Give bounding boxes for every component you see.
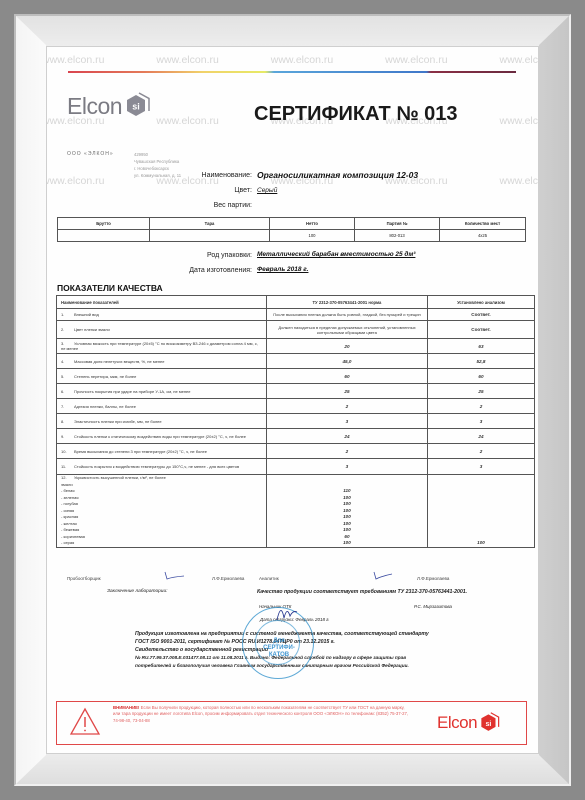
quality-section-title: ПОКАЗАТЕЛИ КАЧЕСТВА xyxy=(57,283,163,293)
lab-conclusion-text: Качество продукции соответствует требова… xyxy=(257,589,467,595)
warning-text: ВНИМАНИЕ! Если Вы получили продукцию, ко… xyxy=(113,705,413,724)
weight-table-header: Брутто Тара Нетто Партия № Количество ме… xyxy=(58,218,526,230)
quality-table-row: 10.Время высыхания до степени 3 при темп… xyxy=(57,444,535,459)
elcon-logo: Elcon si xyxy=(67,92,151,120)
packaging-value: Металлический барабан вместимостью 25 дм… xyxy=(257,251,415,258)
analyst-name: Л.Ф.Ермолаева xyxy=(417,576,449,581)
si-hexagon-red-icon: si xyxy=(479,712,501,734)
quality-table-row: 4.Массовая доля нелетучих веществ, %, не… xyxy=(57,354,535,369)
quality-table-header: Наименование показателей ТУ 2312-370-057… xyxy=(57,296,535,309)
color-value: Серый xyxy=(257,187,277,194)
date-label: Дата изготовления: xyxy=(147,267,252,274)
sampler-name: Л.Ф.Ермолаева xyxy=(212,576,244,581)
color-bar-divider xyxy=(68,71,516,73)
weight-label: Вес партии: xyxy=(167,202,252,209)
company-name: ООО «ЭЛКОН» xyxy=(67,151,114,157)
quality-table-row: 9.Стойкость пленки к статическому воздей… xyxy=(57,429,535,444)
certificate-title: СЕРТИФИКАТ № 013 xyxy=(254,103,458,126)
quality-table-row: 5.Степень перетира, мкм, не более6060 xyxy=(57,369,535,384)
warning-banner: ВНИМАНИЕ! Если Вы получили продукцию, ко… xyxy=(56,701,527,745)
sampler-label: Пробоотборщик xyxy=(67,576,101,581)
si-hexagon-icon: si xyxy=(125,92,151,120)
quality-table-row: 7.Адгезия пленки, баллы, не более22 xyxy=(57,399,535,414)
svg-text:si: si xyxy=(132,102,140,112)
packaging-label: Род упаковки: xyxy=(147,252,252,259)
analyst-label: Аналитик xyxy=(259,576,279,581)
name-label: Наименование: xyxy=(167,172,252,179)
otk-head-name: Р.С. Мирзазитова xyxy=(414,604,452,609)
quality-table-row: 6.Прочность покрытия при ударе на прибор… xyxy=(57,384,535,399)
otk-signature-icon xyxy=(275,600,299,624)
watermark-row: www.elcon.ruwww.elcon.ruwww.elcon.ruwww.… xyxy=(46,54,539,66)
warning-triangle-icon xyxy=(69,706,101,738)
quality-table-row: 3.Условная вязкость при температуре (20±… xyxy=(57,339,535,354)
quality-table-row: 1.Внешний видПосле высыхания пленка долж… xyxy=(57,309,535,321)
quality-table-row: 12.Укрывистость высушенной пленки, г/м²,… xyxy=(57,475,535,548)
quality-table: Наименование показателей ТУ 2312-370-057… xyxy=(56,295,535,548)
frame-bevel-bottom xyxy=(16,754,569,784)
elcon-logo-red: Elcon si xyxy=(437,712,501,734)
analyst-signature-icon xyxy=(370,571,394,581)
frame-bevel-top xyxy=(16,16,569,46)
color-label: Цвет: xyxy=(167,187,252,194)
frame-bevel-left xyxy=(16,16,46,784)
frame-bevel-right xyxy=(539,16,569,784)
quality-table-row: 2.Цвет пленки эмалиДолжен находиться в п… xyxy=(57,321,535,339)
product-name: Органосиликатная композиция 12-03 xyxy=(257,170,418,180)
svg-text:si: si xyxy=(486,721,492,728)
sampler-signature-icon xyxy=(162,571,186,581)
weight-table: Брутто Тара Нетто Партия № Количество ме… xyxy=(57,217,526,242)
lab-conclusion-label: Заключение лаборатории: xyxy=(107,589,167,594)
quality-table-row: 8.Эластичность пленки при изгибе, мм, не… xyxy=(57,414,535,429)
quality-table-row: 11.Стойкость покрытия к воздействию темп… xyxy=(57,459,535,475)
weight-table-row: 100 802-013 4x25 xyxy=(58,230,526,242)
certificate-document: www.elcon.ruwww.elcon.ruwww.elcon.ruwww.… xyxy=(46,46,539,754)
manufacture-date: Февраль 2018 г. xyxy=(257,266,308,273)
